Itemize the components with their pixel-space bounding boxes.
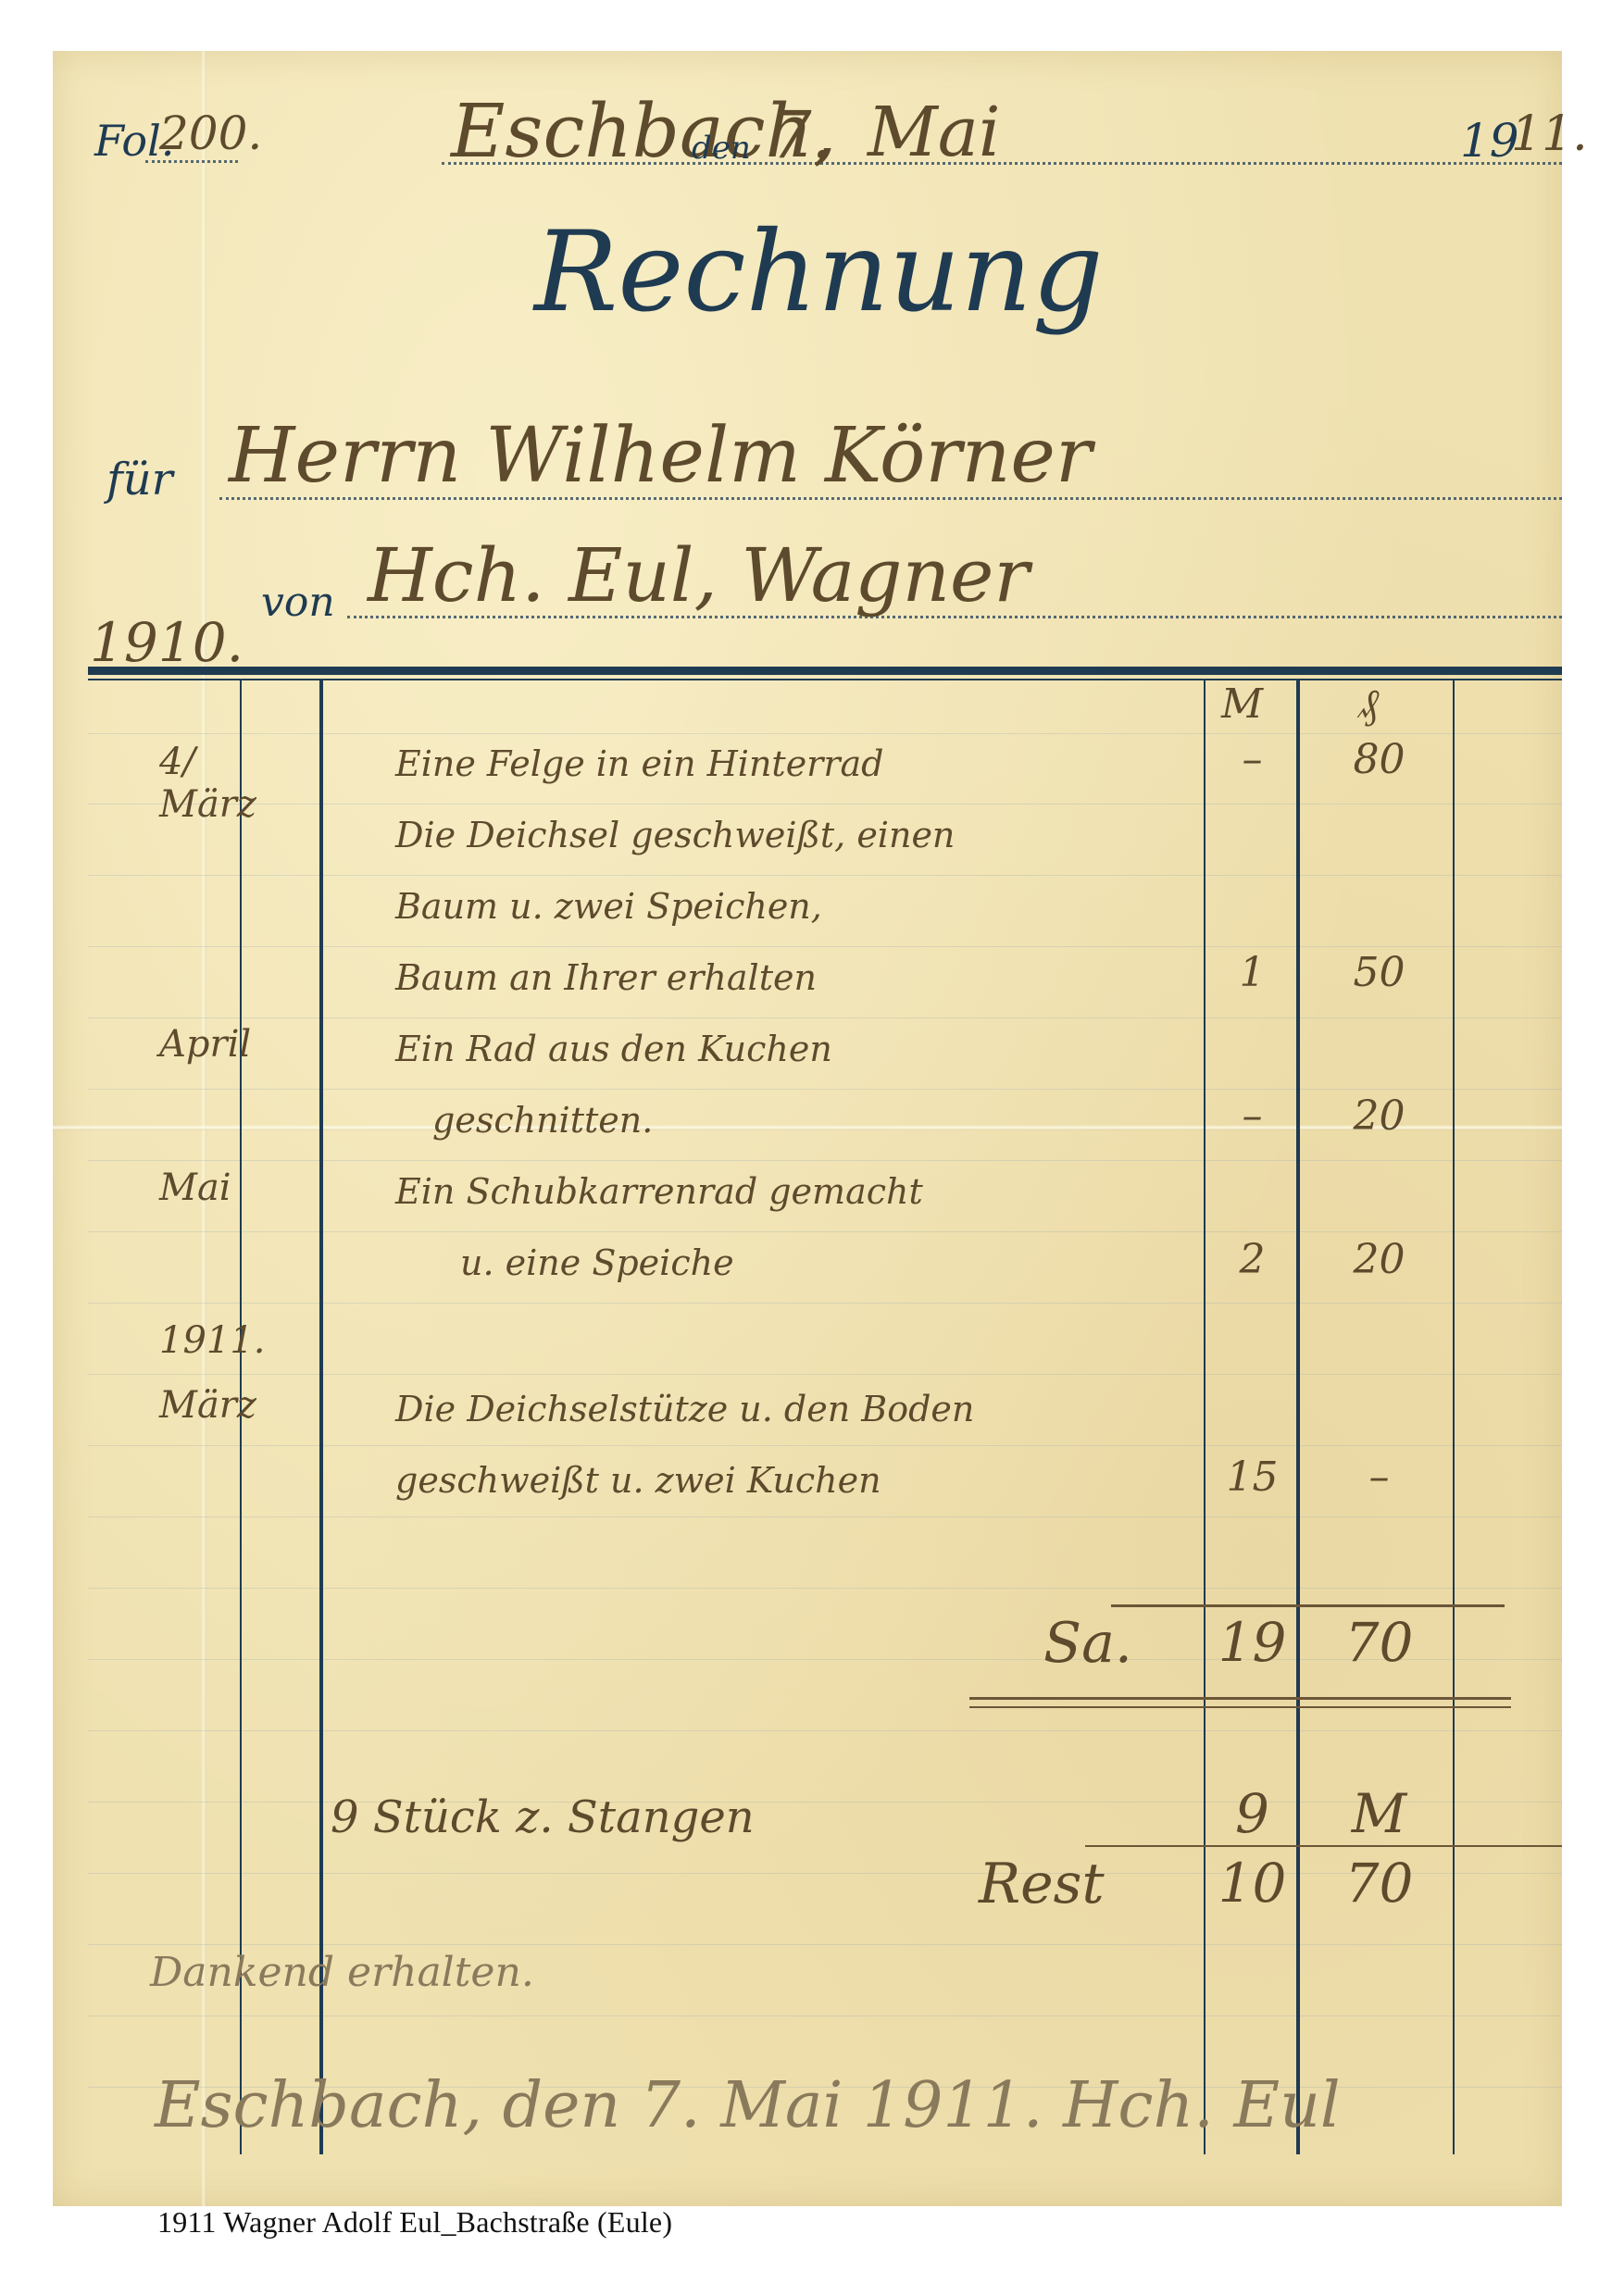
rest-mark: 10: [1208, 1852, 1296, 1915]
total-double-rule-top: [969, 1697, 1511, 1700]
line-item-description: Baum u. zwei Speichen,: [395, 886, 1229, 927]
line-item-date: April: [159, 1023, 289, 1066]
date-year-suffix: 11.: [1511, 106, 1588, 162]
deduction-description: 9 Stück z. Stangen: [331, 1791, 1164, 1843]
sum-pfennig: 70: [1303, 1611, 1455, 1674]
deduction-unit: M: [1303, 1782, 1455, 1845]
table-top-rule-thin: [88, 679, 1562, 680]
date-day: 7.: [770, 97, 832, 173]
receipt-note: Dankend erhalten.: [150, 1949, 534, 1996]
line-item-description: u. eine Speiche: [460, 1242, 1293, 1283]
folio-dotted-line: [145, 160, 238, 163]
line-item-date: 4/ März: [159, 741, 289, 826]
line-item-description: Baum an Ihrer erhalten: [395, 957, 1229, 998]
line-item-pfennig: 20: [1303, 1236, 1455, 1283]
recipient-name: Herrn Wilhelm Körner: [229, 412, 1092, 500]
deduction-mark: 9: [1208, 1782, 1296, 1845]
line-item-description: Die Deichselstütze u. den Boden: [395, 1389, 1229, 1429]
deduction-rule: [1085, 1845, 1562, 1847]
sum-label: Sa.: [1043, 1611, 1132, 1676]
line-item-mark: 15: [1208, 1454, 1296, 1501]
ruling-line: [88, 1516, 1562, 1517]
line-item-pfennig: 80: [1303, 736, 1455, 783]
line-item-mark: 1: [1208, 949, 1296, 996]
line-item-description: Ein Rad aus den Kuchen: [395, 1029, 1229, 1069]
ruling-line: [88, 1944, 1562, 1945]
ruling-line: [88, 1089, 1562, 1090]
subtotal-rule: [1111, 1604, 1505, 1607]
line-item-pfennig: –: [1303, 1454, 1455, 1501]
line-item-mark: 2: [1208, 1236, 1296, 1283]
ruling-line: [88, 1588, 1562, 1589]
for-label: für: [106, 454, 173, 505]
column-divider-right: [1453, 680, 1455, 2154]
ruling-line: [88, 1017, 1562, 1018]
column-divider-pfennig: [1296, 680, 1300, 2154]
line-item-description: Eine Felge in ein Hinterrad: [395, 743, 1229, 784]
rest-label: Rest: [979, 1852, 1105, 1916]
ruling-line: [88, 1730, 1562, 1731]
line-item-date: März: [159, 1384, 289, 1427]
invoice-paper: Fol. 200. Eschbach, den 7. Mai 19 11. Re…: [53, 51, 1562, 2206]
invoice-title: Rechnung: [534, 208, 1104, 337]
line-item-mark: –: [1208, 1092, 1296, 1140]
from-label: von: [261, 579, 335, 626]
ruling-line: [88, 1160, 1562, 1161]
image-caption: 1911 Wagner Adolf Eul_Bachstraße (Eule): [157, 2205, 672, 2240]
line-item-date: Mai: [159, 1167, 289, 1209]
ruling-line: [88, 1445, 1562, 1446]
date-month: Mai: [868, 93, 1001, 172]
line-item-description: geschnitten.: [432, 1100, 1266, 1141]
line-item-description: Ein Schubkarrenrad gemacht: [395, 1171, 1229, 1212]
mark-column-header: M: [1221, 680, 1263, 728]
line-item-description: Die Deichsel geschweißt, einen: [395, 815, 1229, 855]
rest-pfennig: 70: [1303, 1852, 1455, 1915]
line-item-mark: –: [1208, 736, 1296, 783]
ruling-line: [88, 946, 1562, 947]
column-divider-description: [319, 680, 323, 2154]
date-connector: den: [692, 130, 751, 167]
line-item-pfennig: 20: [1303, 1092, 1455, 1140]
ruling-line: [88, 2015, 1562, 2016]
ruling-line: [88, 733, 1562, 734]
pfennig-column-header: ₰: [1358, 680, 1379, 728]
sum-mark: 19: [1208, 1611, 1296, 1674]
start-year: 1910.: [90, 611, 244, 674]
total-double-rule-bottom: [969, 1706, 1511, 1708]
table-top-rule-thick: [88, 667, 1562, 675]
line-item-description: geschweißt u. zwei Kuchen: [395, 1460, 1229, 1501]
line-item-date: 1911.: [159, 1319, 289, 1362]
ruling-line: [88, 1303, 1562, 1304]
ruling-line: [88, 1374, 1562, 1375]
ruling-line: [88, 804, 1562, 805]
line-item-pfennig: 50: [1303, 949, 1455, 996]
ruling-line: [88, 1231, 1562, 1232]
folio-number: 200.: [159, 106, 262, 160]
sender-name: Hch. Eul, Wagner: [368, 532, 1030, 618]
receipt-signature: Eschbach, den 7. Mai 1911. Hch. Eul: [155, 2069, 1341, 2142]
ruling-line: [88, 875, 1562, 876]
